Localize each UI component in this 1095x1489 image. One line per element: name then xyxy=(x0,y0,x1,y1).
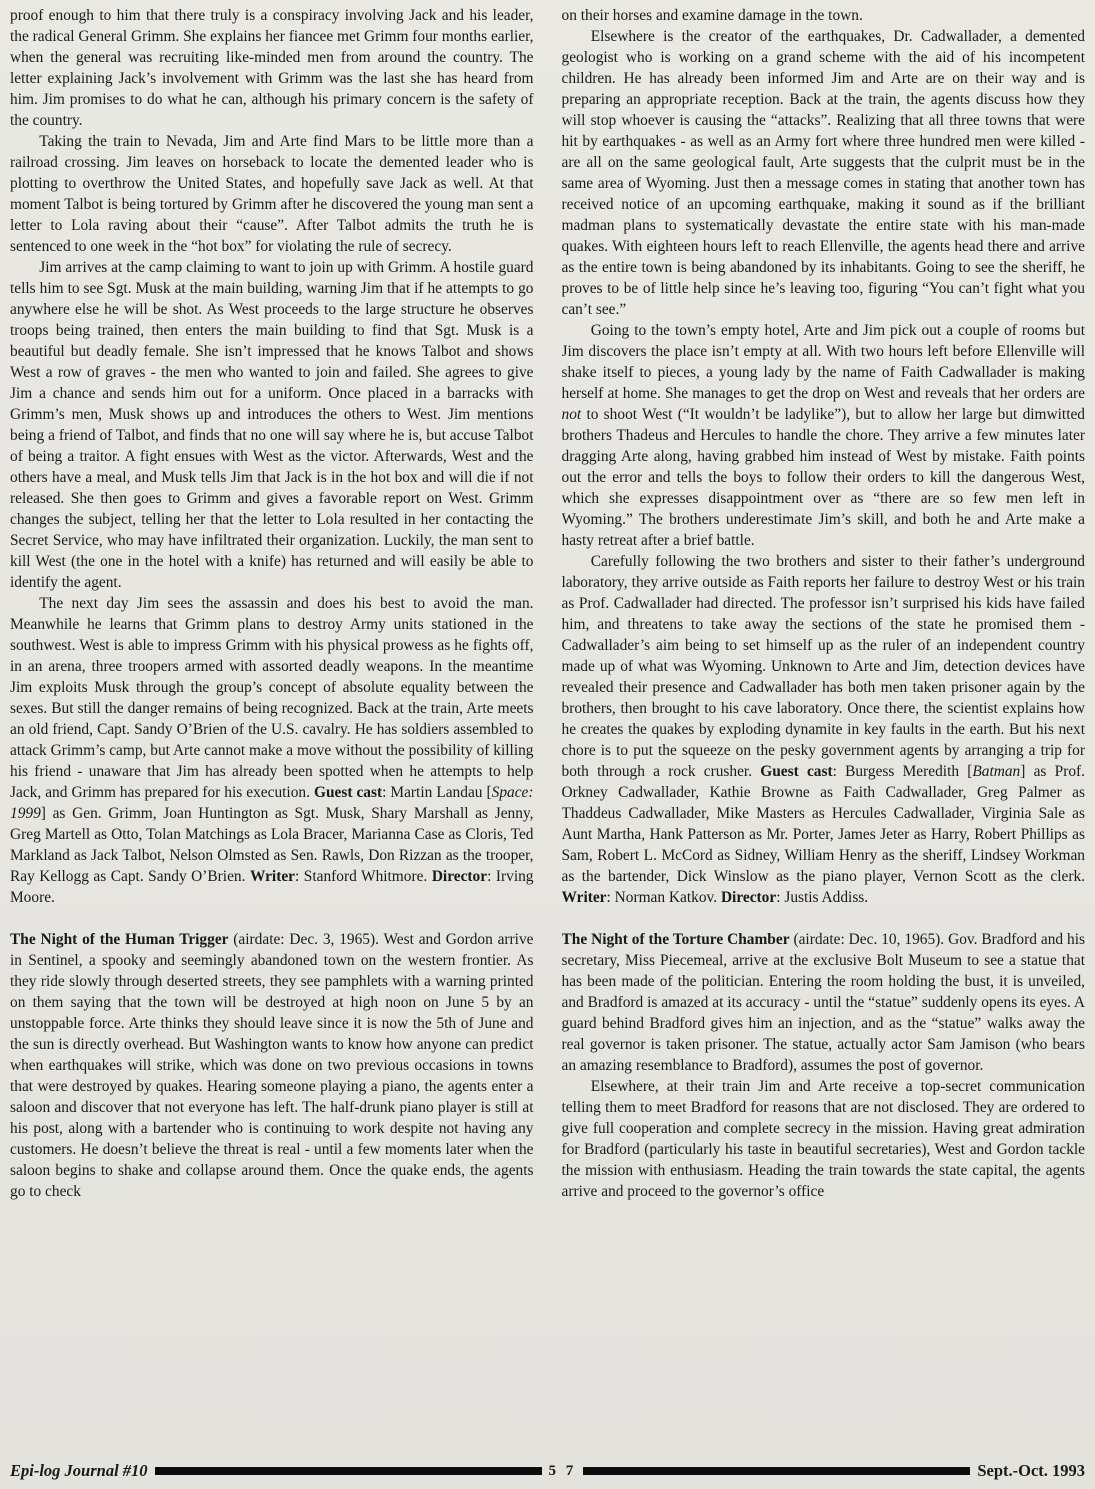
journal-title: Epi-log Journal #10 xyxy=(10,1461,148,1481)
page-number: 5 7 xyxy=(549,1463,577,1480)
episode-entry-torture-chamber: The Night of the Torture Chamber (airdat… xyxy=(562,929,1086,1076)
footer-rule-right xyxy=(583,1467,970,1475)
text-segment: Elsewhere is the creator of the earthqua… xyxy=(562,28,1086,318)
paragraph: Elsewhere, at their train Jim and Arte r… xyxy=(562,1076,1086,1202)
text-segment: ] as Prof. Orkney Cadwallader, Kathie Br… xyxy=(562,763,1086,885)
text-segment: Taking the train to Nevada, Jim and Arte… xyxy=(10,133,534,255)
text-segment: (airdate: Dec. 10, 1965). Gov. Bradford … xyxy=(562,931,1086,1074)
guest-cast-label: Guest cast xyxy=(760,763,832,780)
continuation-paragraph: on their horses and examine damage in th… xyxy=(562,5,1086,26)
text-segment: on their horses and examine damage in th… xyxy=(562,7,863,24)
two-column-text-body: proof enough to him that there truly is … xyxy=(0,0,1095,1457)
text-segment: (airdate: Dec. 3, 1965). West and Gordon… xyxy=(10,931,534,1200)
paragraph-with-credits: Carefully following the two brothers and… xyxy=(562,551,1086,908)
text-segment: : Stanford Whitmore. xyxy=(295,868,432,885)
writer-label: Writer xyxy=(562,889,607,906)
episode-title: The Night of the Human Trigger xyxy=(10,931,228,948)
writer-label: Writer xyxy=(250,868,295,885)
paragraph: Going to the town’s empty hotel, Arte an… xyxy=(562,320,1086,551)
left-column: proof enough to him that there truly is … xyxy=(10,5,534,1457)
text-segment: The next day Jim sees the assassin and d… xyxy=(10,595,534,801)
text-segment: Elsewhere, at their train Jim and Arte r… xyxy=(562,1078,1086,1200)
text-segment: not xyxy=(562,406,582,423)
text-segment: Batman xyxy=(972,763,1020,780)
text-segment: : Burgess Meredith [ xyxy=(833,763,973,780)
director-label: Director xyxy=(432,868,487,885)
paragraph: Elsewhere is the creator of the earthqua… xyxy=(562,26,1086,320)
text-segment: proof enough to him that there truly is … xyxy=(10,7,534,129)
guest-cast-label: Guest cast xyxy=(314,784,382,801)
paragraph: Jim arrives at the camp claiming to want… xyxy=(10,257,534,593)
right-column: on their horses and examine damage in th… xyxy=(562,5,1086,1457)
document-page: proof enough to him that there truly is … xyxy=(0,0,1095,1489)
paragraph-with-credits: The next day Jim sees the assassin and d… xyxy=(10,593,534,908)
episode-entry-human-trigger: The Night of the Human Trigger (airdate:… xyxy=(10,929,534,1202)
director-label: Director xyxy=(721,889,776,906)
page-footer: Epi-log Journal #10 5 7 Sept.-Oct. 1993 xyxy=(0,1457,1095,1489)
footer-rule-left xyxy=(155,1467,542,1475)
text-segment: to shoot West (“It wouldn’t be ladylike”… xyxy=(562,406,1086,549)
episode-title: The Night of the Torture Chamber xyxy=(562,931,790,948)
text-segment: Carefully following the two brothers and… xyxy=(562,553,1086,780)
text-segment: : Norman Katkov. xyxy=(607,889,721,906)
continuation-paragraph: proof enough to him that there truly is … xyxy=(10,5,534,131)
text-segment: : Martin Landau [ xyxy=(382,784,492,801)
text-segment: : Justis Addiss. xyxy=(776,889,868,906)
text-segment: Going to the town’s empty hotel, Arte an… xyxy=(562,322,1086,402)
paragraph: Taking the train to Nevada, Jim and Arte… xyxy=(10,131,534,257)
text-segment: Jim arrives at the camp claiming to want… xyxy=(10,259,534,591)
issue-date: Sept.-Oct. 1993 xyxy=(977,1461,1085,1481)
